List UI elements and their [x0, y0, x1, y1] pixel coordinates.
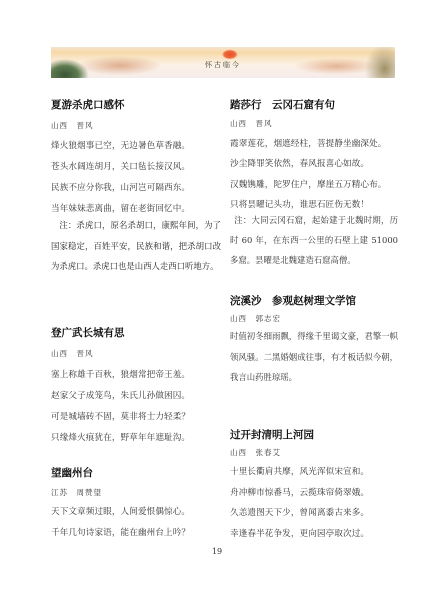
poem-line: 十里长衢肩共摩，风光浑似宋宣和。: [230, 465, 369, 477]
poem-title: 夏游杀虎口感怀: [51, 97, 125, 112]
poem-author: 山西 晋风: [51, 348, 94, 359]
poem-author: 山西 郭志宏: [230, 313, 281, 324]
poem-author: 江苏 周赞望: [51, 487, 102, 498]
page-number: 19: [0, 547, 434, 556]
poem-note: 注：杀虎口，原名杀胡口，康熙年间，为了国家稳定，百姓平安，民族和谐，把杀胡口改为…: [51, 215, 221, 277]
poem-line: 只将昙曜记头功，谁思石匠伤无数！: [230, 198, 369, 210]
poem-body: 时值初冬细雨飘，得缘千里谒文豪，君擎一帜领风骚。二黑婚姻成往事，有才板话似今朝，…: [230, 326, 398, 388]
poem-title: 望幽州台: [51, 465, 93, 480]
poem-line: 沙尘降罪笑依然，春风报喜心如故。: [230, 157, 369, 169]
header-banner: 怀古临今: [51, 47, 395, 78]
poem-line: 赵家父子成笼鸟，朱氏儿孙做困囚。: [51, 389, 190, 401]
poem-author: 山西 晋风: [230, 118, 273, 129]
poem-line: 汉魏镌雕，陀罗住户，摩崖五万精心布。: [230, 178, 387, 190]
poem-line: 天下文章频过眼，人间爱恨偶惊心。: [51, 505, 190, 517]
poem-title: 登广武长城有思: [51, 325, 125, 340]
poem-line: 苍头水阔连胡月，关口毡长接汉风。: [51, 160, 190, 172]
poem-line: 塞上称雄千百秋，狼烟常把帝王羞。: [51, 368, 190, 380]
poem-title: 过开封清明上河园: [230, 427, 314, 442]
poem-line: 舟冲柳市惊番马，云揽珠帘倚翠娥。: [230, 486, 369, 498]
poem-author: 山西 张春艾: [230, 447, 281, 458]
poem-line: 民族不应分你我，山河岂可隔西东。: [51, 181, 190, 193]
poem-note: 注：大同云冈石窟，起始建于北魏时期，历时 60 年，在东西一公里的石壁上建 51…: [230, 210, 398, 270]
banner-title: 怀古临今: [51, 60, 395, 70]
poem-line: 烽火狼烟事已空，无边暑色草香融。: [51, 139, 190, 151]
poem-author: 山西 晋风: [51, 120, 94, 131]
poem-line: 可是城墙砖不固，莫非将士力轻柔？: [51, 410, 190, 422]
poem-line: 只缘烽火痕犹在，野草年年遮耻沟。: [51, 431, 190, 443]
poem-title: 浣溪沙 参观赵树理文学馆: [230, 293, 356, 308]
poem-line: 当年妹妹悲离曲，留在老街回忆中。: [51, 202, 190, 214]
poem-line: 幸逢春半花争发，更向园亭取次过。: [230, 527, 369, 539]
poem-line: 千年几句诗家语，能在幽州台上吟？: [51, 526, 190, 538]
poem-line: 霞翠莲花，烟遮经柱，菩提静坐幽深处。: [230, 137, 387, 149]
poem-line: 久恙遗图天下少，曾闻离黍古来多。: [230, 506, 369, 518]
poem-title: 踏莎行 云冈石窟有句: [230, 97, 335, 112]
